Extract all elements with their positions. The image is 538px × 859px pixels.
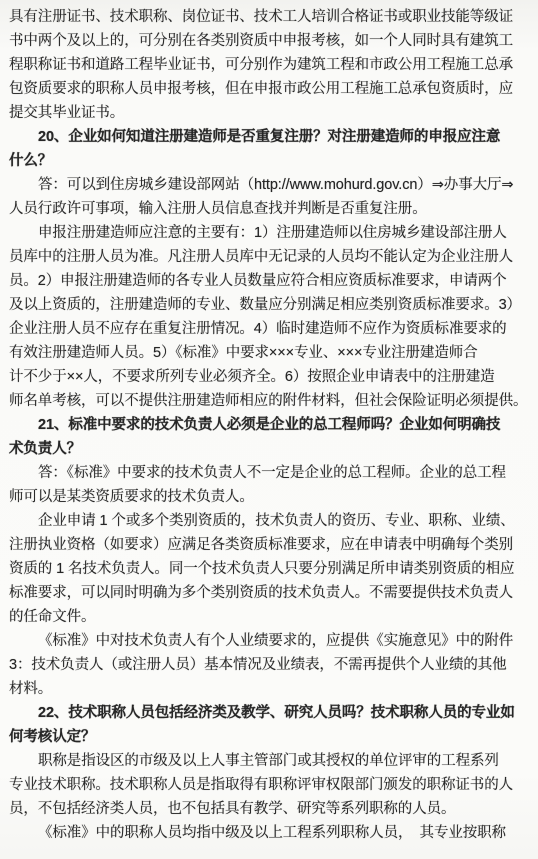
para-title-definition: 职称是指设区的市级及以上人事主管部门或其授权的单位评审的工程系列 专业技术职称。… (9, 749, 529, 821)
para-registered-constructor-notes: 申报注册建造师应注意的主要有：1）注册建造师以住房城乡建设部注册人 员库中的注册… (9, 221, 529, 413)
question-22: 22、技术职称人员包括经济类及教学、研究人员吗？技术职称人员的专业如 何考核认定… (9, 701, 529, 749)
para-certificate-continuation: 具有注册证书、技术职称、岗位证书、技术工人培训合格证书或职业技能等级证 书中两个… (9, 5, 529, 125)
document-page: 具有注册证书、技术职称、岗位证书、技术工人培训合格证书或职业技能等级证 书中两个… (0, 0, 538, 859)
para-tech-leader-multi-category: 企业申请 1 个或多个类别资质的，技术负责人的资历、专业、职称、业绩、 注册执业… (9, 509, 529, 629)
question-21: 21、标准中要求的技术负责人必须是企业的总工程师吗？企业如何明确技 术负责人？ (9, 413, 529, 461)
para-title-mid-level: 《标准》中的职称人员均指中级及以上工程系列职称人员， 其专业按职称 (9, 821, 529, 845)
answer-21: 答：《标准》中要求的技术负责人不一定是企业的总工程师。企业的总工程 师可以是某类… (9, 461, 529, 509)
question-20: 20、企业如何知道注册建造师是否重复注册？对注册建造师的申报应注意 什么？ (9, 125, 529, 173)
para-tech-leader-performance: 《标准》中对技术负责人有个人业绩要求的，应提供《实施意见》中的附件 3：技术负责… (9, 629, 529, 701)
answer-20: 答：可以到住房城乡建设部网站（http://www.mohurd.gov.cn）… (9, 173, 529, 221)
